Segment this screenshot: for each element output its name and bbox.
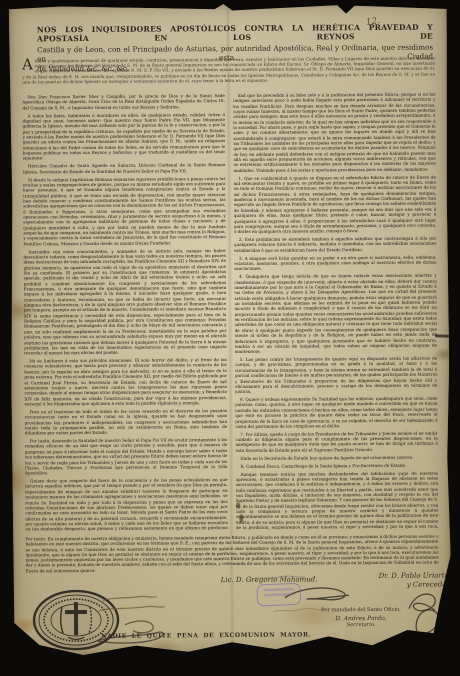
intro-text: todos y qualesquiera personas de qualqui…: [22, 56, 435, 85]
body-paragraph: Quiere decir que respecto del fuero de l…: [25, 477, 228, 532]
closing-paragraph: Por tanto: En cumplimiento de nuestra ob…: [25, 534, 438, 574]
ink-blot: [239, 514, 243, 523]
signature-line-1: Dr. D. Pablo Uriarte: [365, 571, 449, 580]
body-paragraph: Hércules Consalvi de Santa Águeda en Sub…: [23, 162, 226, 174]
body-paragraph: 6. Quiere y ordena expresamente Su Santi…: [235, 396, 438, 429]
body-paragraph: 5. Las penas contra los transgresores de…: [235, 356, 438, 395]
edict-document: 12. NOS LOS INQUISIDORES APOSTÓLICOS CON…: [9, 2, 452, 655]
right-column: dad que ha precedido á su falso zelo y á…: [233, 92, 439, 531]
body-paragraph: 7. Por último, queda á cargo de los Pres…: [235, 430, 438, 453]
drop-cap-initial: A: [22, 58, 34, 70]
pencil-note-upper: [247, 573, 307, 583]
secretary-attestation: Por mandado del Santo Oficio, D. Andres …: [309, 607, 413, 631]
body-paragraph: Si desde la antigua Legislacion Romana e…: [23, 176, 226, 247]
body-paragraph: Por tanto, deseando la Santidad de nuest…: [25, 437, 228, 476]
body-paragraph: 2. Esta prohibicion se extenderá tambien…: [234, 236, 437, 253]
title-line-1: NOS LOS INQUISIDORES APOSTÓLICOS CONTRA …: [37, 23, 433, 44]
stamp-text-line: [264, 588, 294, 591]
body-paragraph: 1. Que en conformidad á quanto se dispus…: [233, 174, 436, 234]
left-column: Nos Don Francisco Xavier Mier y Campillo…: [22, 93, 228, 532]
body-paragraph: 4. Qualquiera que tenga noticia de que s…: [234, 273, 437, 355]
mandado-line-3: Secretario.: [309, 622, 413, 630]
photo-background: 12. NOS LOS INQUISIDORES APOSTÓLICOS CON…: [0, 0, 460, 676]
body-paragraph: Nos Don Francisco Xavier Mier y Campillo…: [22, 93, 225, 110]
proclamation-intro: A todos y qualesquiera personas de qualq…: [22, 56, 435, 85]
secretary-rubric: [411, 603, 445, 643]
handwritten-annotation: [95, 592, 175, 649]
stamp-text-line: [264, 593, 294, 596]
body-paragraph: A todos los fieles, habitantes ó morador…: [22, 112, 225, 162]
body-paragraph: No se limitaron á esto sus próvidas aten…: [24, 357, 227, 407]
mandado-line-1: Por mandado del Santo Oficio,: [309, 607, 413, 615]
body-paragraph: Dado en la Secretaría de Estado hoy quin…: [235, 454, 438, 461]
violet-ink-stamp: [256, 583, 301, 607]
body-paragraph: B. Cardenal Pacca, Camarlengo de la Sant…: [235, 462, 438, 469]
body-paragraph: 3. A ninguno será lícito guardar en su p…: [234, 254, 437, 271]
body-paragraph: Aunque tenemos noticia que muchos deslum…: [235, 470, 438, 531]
ink-blot: [236, 502, 240, 509]
body-paragraph: dad que ha precedido á su falso zelo y á…: [233, 92, 436, 174]
two-column-body: Nos Don Francisco Xavier Mier y Campillo…: [22, 92, 438, 533]
excommunication-warning: NADIE LE QUITE PENA DE EXCOMUNION MAYOR.: [101, 631, 311, 639]
body-paragraph: Instruidos con estos conocimientos, y an…: [23, 248, 226, 356]
body-paragraph: Pero en el trastorno de todo el órden de…: [25, 408, 228, 436]
signature-pablo-uriarte: Dr. D. Pablo Uriarte y Cereceda.: [365, 571, 449, 589]
fold-tear-mark: [435, 334, 449, 337]
